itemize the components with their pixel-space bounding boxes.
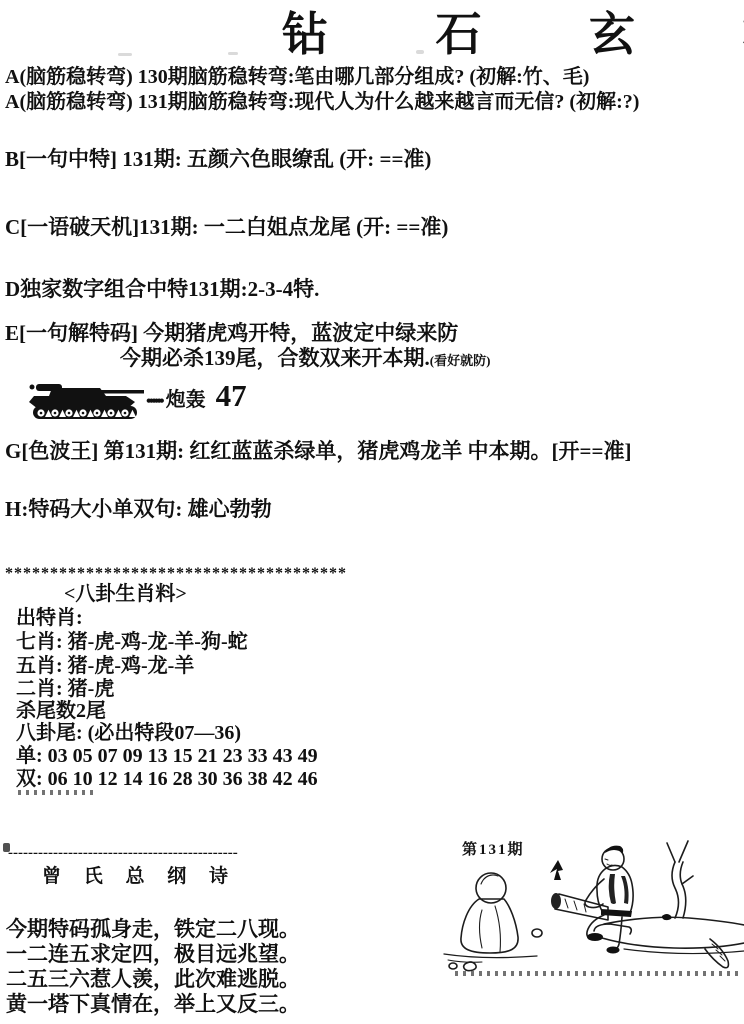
poem-title: 曾 氏 总 纲 诗: [42, 867, 237, 888]
section-e-line2-text: 今期必杀139尾，合数双来开本期.: [120, 346, 430, 370]
bagua-line-kill-tail: 杀尾数2尾: [16, 700, 106, 722]
tip-sheet-page: 钻 石 玄 机 A(脑筋稳转弯) 130期脑筋稳转弯:笔由哪几部分组成? (初解…: [0, 0, 744, 1024]
bagua-line-bagua-tail: 八卦尾: (必出特段07—36): [16, 722, 241, 744]
scan-smudge: [416, 50, 424, 54]
bagua-line-five-zodiac: 五肖: 猪-虎-鸡-龙-羊: [16, 655, 194, 677]
cannon-number: 47: [216, 379, 247, 413]
bagua-title: <八卦生肖料>: [64, 583, 187, 605]
tank-icon: [26, 378, 148, 424]
bagua-line-odd-numbers: 单: 03 05 07 09 13 15 21 23 33 43 49: [16, 745, 318, 767]
stone: [532, 929, 542, 937]
star-divider: **************************************: [5, 565, 347, 583]
riddle-line-130: A(脑筋稳转弯) 130期脑筋稳转弯:笔由哪几部分组成? (初解:竹、毛): [5, 66, 589, 88]
bagua-line-even-numbers: 双: 06 10 12 14 16 28 30 36 38 42 46: [16, 768, 318, 790]
sitting-figure-body: [461, 899, 518, 953]
cannon-caption: •••••• 炮轰 47: [146, 379, 247, 413]
section-g-line: G[色波王] 第131期: 红红蓝蓝杀绿单，猪虎鸡龙羊 中本期。[开==准]: [5, 440, 631, 463]
bird-icon: [550, 860, 563, 880]
log-bottom-edge: [602, 938, 744, 948]
cartoon-illustration: [424, 832, 744, 984]
log-top-edge: [604, 917, 744, 925]
scan-smudge: [118, 53, 132, 56]
truncated-text-artifact: [455, 971, 741, 976]
poem-line-1: 今期特码孤身走，铁定二八现。: [6, 918, 300, 941]
section-e-line1: E[一句解特码] 今期猪虎鸡开特，蓝波定中绿来防: [5, 322, 458, 345]
poem-line-2: 一二连五求定四，极目远兆望。: [6, 943, 300, 966]
poem-line-3: 二五三六惹人羡，此次难逃脱。: [6, 968, 300, 991]
cannon-dots: ••••••: [146, 393, 162, 411]
branch: [672, 862, 679, 918]
cannon-label: 炮轰: [166, 389, 206, 411]
section-e-note: (看好就防): [430, 353, 491, 368]
section-h-line: H:特码大小单双句: 雄心勃勃: [5, 498, 272, 521]
section-b-line: B[一句中特] 131期: 五颜六色眼缭乱 (开: ==准): [5, 148, 431, 171]
section-c-line: C[一语破天机]131期: 一二白姐点龙尾 (开: ==准): [5, 216, 448, 239]
bagua-line-two-zodiac: 二肖: 猪-虎: [16, 678, 114, 700]
section-e-line2: 今期必杀139尾，合数双来开本期.(看好就防): [120, 347, 490, 370]
boy-shoe-front: [587, 933, 603, 941]
riddle-line-131: A(脑筋稳转弯) 131期脑筋稳转弯:现代人为什么越来越言而无信? (初解:?): [5, 91, 639, 113]
seat: [594, 924, 631, 934]
poem-line-4: 黄一塔下真情在，举上又反三。: [6, 993, 300, 1016]
boy-belt: [601, 909, 632, 917]
stone: [464, 962, 476, 971]
scan-smudge: [228, 52, 238, 55]
page-title: 钻 石 玄 机: [282, 10, 744, 61]
boy-shoe-back: [607, 947, 620, 954]
truncated-text-artifact: [18, 790, 98, 795]
dash-divider: ----------------------------------------…: [8, 845, 238, 862]
section-d-line: D独家数字组合中特131期:2-3-4特.: [5, 278, 319, 301]
bagua-line-seven-zodiac: 七肖: 猪-虎-鸡-龙-羊-狗-蛇: [16, 631, 248, 653]
bagua-line-special-zodiac: 出特肖:: [16, 607, 83, 629]
stone: [449, 963, 457, 969]
plank-tip: [551, 893, 561, 909]
